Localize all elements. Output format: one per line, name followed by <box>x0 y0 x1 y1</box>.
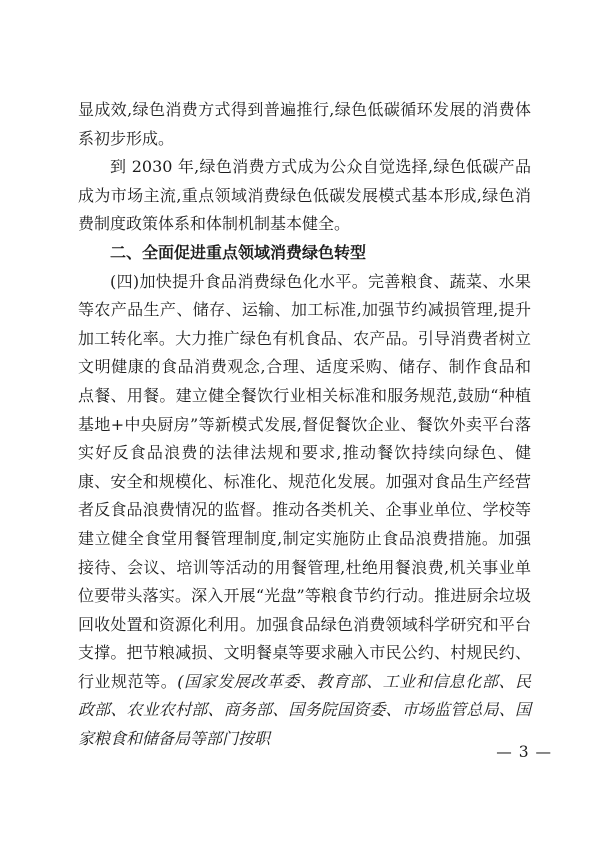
paragraph-2030-goal: 到 2030 年,绿色消费方式成为公众自觉选择,绿色低碳产品成为市场主流,重点领… <box>78 153 531 239</box>
paragraph-food-main-text: (四)加快提升食品消费绿色化水平。完善粮食、蔬菜、水果等农产品生产、储存、运输、… <box>78 272 531 691</box>
page-number: — 3 — <box>496 742 552 762</box>
document-page: 显成效,绿色消费方式得到普遍推行,绿色低碳循环发展的消费体系初步形成。 到 20… <box>0 0 595 841</box>
paragraph-continuation: 显成效,绿色消费方式得到普遍推行,绿色低碳循环发展的消费体系初步形成。 <box>78 96 531 153</box>
section-heading: 二、全面促进重点领域消费绿色转型 <box>78 239 531 268</box>
paragraph-food-consumption: (四)加快提升食品消费绿色化水平。完善粮食、蔬菜、水果等农产品生产、储存、运输、… <box>78 268 531 754</box>
